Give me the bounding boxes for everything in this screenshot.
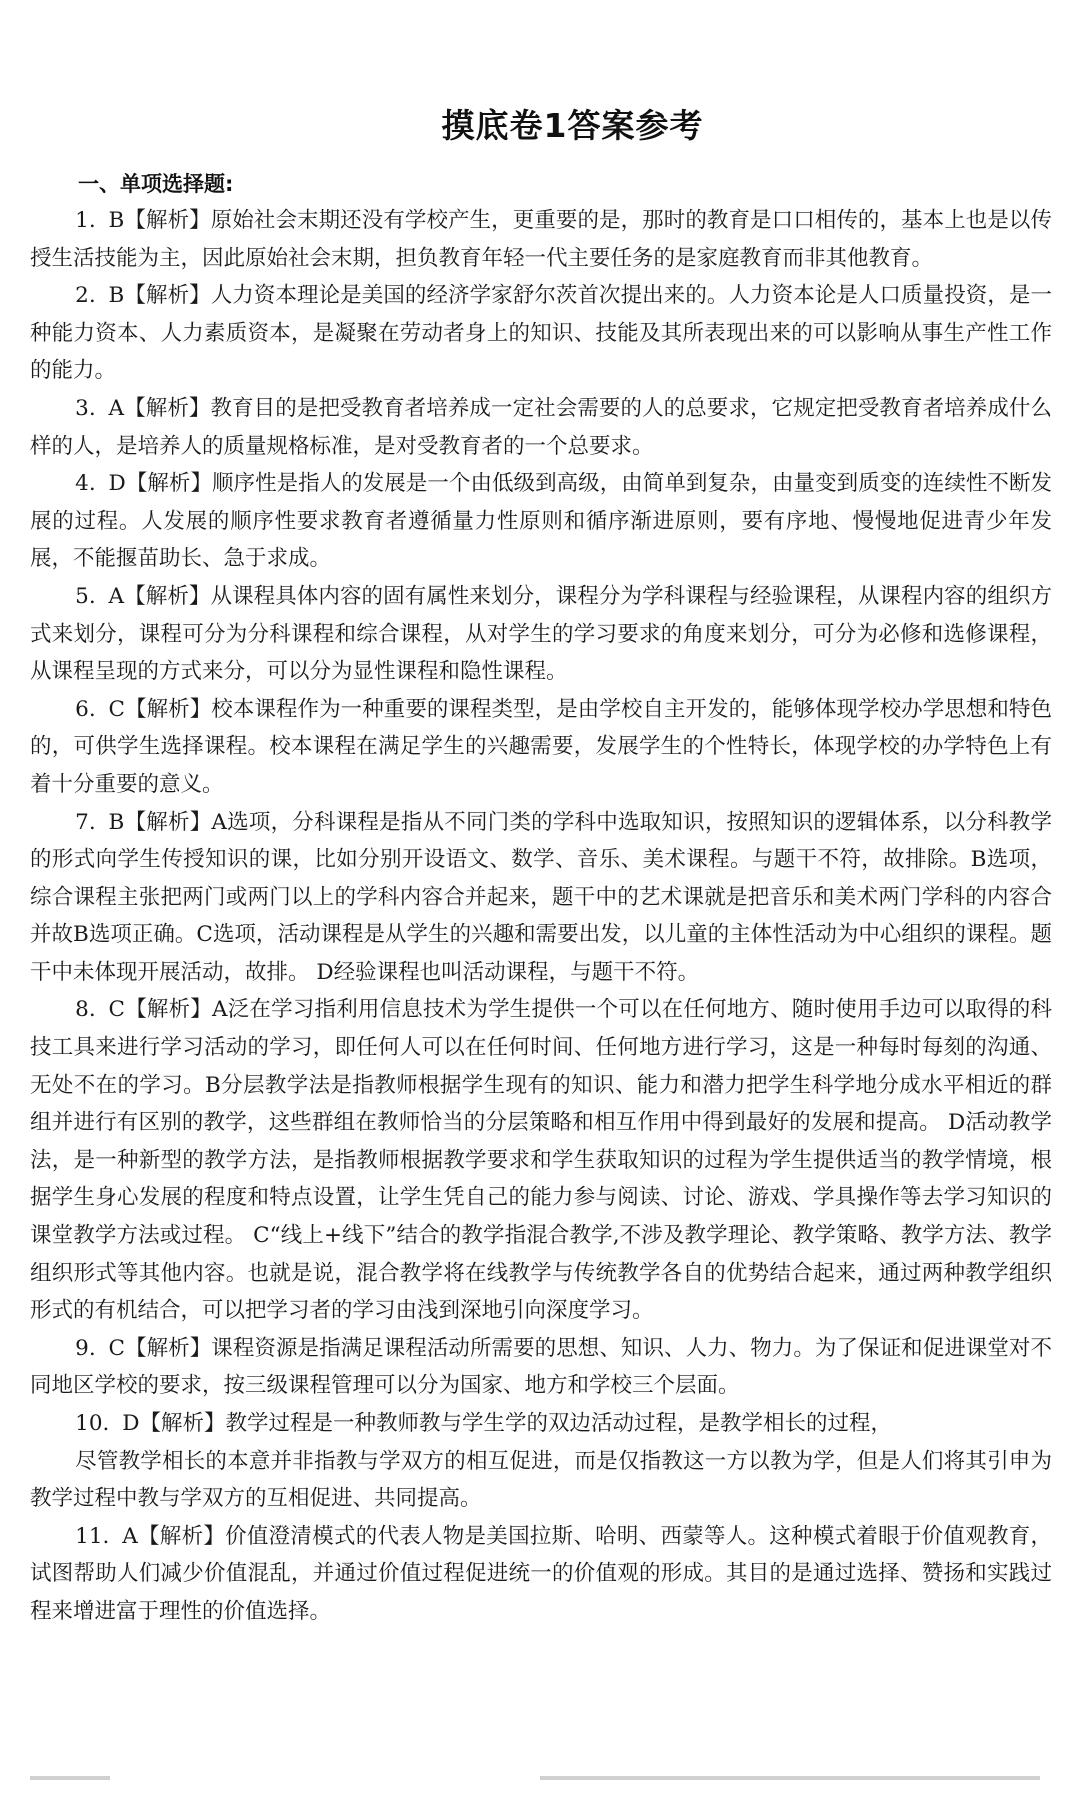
answer-choice: A bbox=[122, 1524, 138, 1549]
analysis-text: A选项，分科课程是指从不同门类的学科中选取知识，按照知识的逻辑体系，以分科教学的… bbox=[30, 810, 1052, 985]
analysis-tag: 【解析】 bbox=[126, 471, 212, 496]
analysis-tag: 【解析】 bbox=[139, 1411, 225, 1436]
answer-number: 4. bbox=[75, 471, 96, 496]
analysis-tag: 【解析】 bbox=[124, 396, 210, 421]
answer-number: 3. bbox=[75, 396, 96, 421]
answer-number: 6. bbox=[75, 697, 96, 722]
analysis-tag: 【解析】 bbox=[124, 584, 210, 609]
cut-off-next-line bbox=[30, 1776, 1052, 1784]
answer-item-3: 3.A【解析】教育目的是把受教育者培养成一定社会需要的人的总要求，它规定把受教育… bbox=[30, 390, 1052, 465]
answer-choice: C bbox=[109, 1336, 125, 1361]
answer-choice: D bbox=[109, 471, 126, 496]
analysis-text: 教学过程是一种教师教与学生学的双边活动过程，是教学相长的过程， bbox=[226, 1411, 893, 1436]
answer-item-9: 9.C【解析】课程资源是指满足课程活动所需要的思想、知识、人力、物力。为了保证和… bbox=[30, 1330, 1052, 1405]
faint-text-fragment bbox=[30, 1776, 110, 1780]
analysis-tag: 【解析】 bbox=[124, 208, 210, 233]
answer-item-2: 2.B【解析】人力资本理论是美国的经济学家舒尔茨首次提出来的。人力资本论是人口质… bbox=[30, 277, 1052, 390]
answer-choice: B bbox=[109, 283, 125, 308]
answer-number: 8. bbox=[75, 997, 96, 1022]
section-heading: 一、单项选择题: bbox=[78, 168, 233, 198]
analysis-tag: 【解析】 bbox=[125, 697, 211, 722]
answer-item-4: 4.D【解析】顺序性是指人的发展是一个由低级到高级，由简单到复杂，由量变到质变的… bbox=[30, 465, 1052, 578]
answer-number: 2. bbox=[75, 283, 96, 308]
faint-text-fragment bbox=[540, 1776, 1040, 1780]
answer-item-10: 10.D【解析】教学过程是一种教师教与学生学的双边活动过程，是教学相长的过程， bbox=[30, 1405, 1052, 1443]
answer-choice: B bbox=[109, 208, 125, 233]
answer-choice: C bbox=[109, 697, 125, 722]
answer-item-10-continued: 尽管教学相长的本意并非指教与学双方的相互促进，而是仅指教这一方以教为学，但是人们… bbox=[30, 1443, 1052, 1518]
answer-item-5: 5.A【解析】从课程具体内容的固有属性来划分，课程分为学科课程与经验课程，从课程… bbox=[30, 578, 1052, 691]
answer-number: 1. bbox=[75, 208, 96, 233]
analysis-tag: 【解析】 bbox=[125, 997, 212, 1022]
answer-choice: B bbox=[109, 810, 125, 835]
answer-list: 1.B【解析】原始社会末期还没有学校产生，更重要的是，那时的教育是口口相传的，基… bbox=[30, 202, 1052, 1631]
answer-item-8: 8.C【解析】A泛在学习指利用信息技术为学生提供一个可以在任何地方、随时使用手边… bbox=[30, 991, 1052, 1329]
answer-item-11: 11.A【解析】价值澄清模式的代表人物是美国拉斯、哈明、西蒙等人。这种模式着眼于… bbox=[30, 1518, 1052, 1631]
answer-number: 9. bbox=[75, 1336, 96, 1361]
analysis-tag: 【解析】 bbox=[124, 810, 211, 835]
analysis-tag: 【解析】 bbox=[124, 283, 210, 308]
answer-choice: C bbox=[109, 997, 125, 1022]
analysis-text: 尽管教学相长的本意并非指教与学双方的相互促进，而是仅指教这一方以教为学，但是人们… bbox=[30, 1449, 1052, 1512]
answer-choice: A bbox=[109, 584, 125, 609]
document-page: 摸底卷1答案参考 一、单项选择题: 1.B【解析】原始社会末期还没有学校产生，更… bbox=[0, 0, 1080, 1807]
answer-number: 11. bbox=[75, 1524, 109, 1549]
answer-item-6: 6.C【解析】校本课程作为一种重要的课程类型，是由学校自主开发的，能够体现学校办… bbox=[30, 691, 1052, 804]
page-title: 摸底卷1答案参考 bbox=[0, 100, 1080, 147]
answer-choice: D bbox=[122, 1411, 139, 1436]
analysis-tag: 【解析】 bbox=[138, 1524, 225, 1549]
answer-item-1: 1.B【解析】原始社会末期还没有学校产生，更重要的是，那时的教育是口口相传的，基… bbox=[30, 202, 1052, 277]
answer-item-7: 7.B【解析】A选项，分科课程是指从不同门类的学科中选取知识，按照知识的逻辑体系… bbox=[30, 804, 1052, 992]
analysis-tag: 【解析】 bbox=[125, 1336, 211, 1361]
answer-number: 7. bbox=[75, 810, 96, 835]
answer-number: 5. bbox=[75, 584, 96, 609]
analysis-text: A泛在学习指利用信息技术为学生提供一个可以在任何地方、随时使用手边可以取得的科技… bbox=[30, 997, 1052, 1323]
answer-number: 10. bbox=[75, 1411, 109, 1436]
answer-choice: A bbox=[109, 396, 125, 421]
